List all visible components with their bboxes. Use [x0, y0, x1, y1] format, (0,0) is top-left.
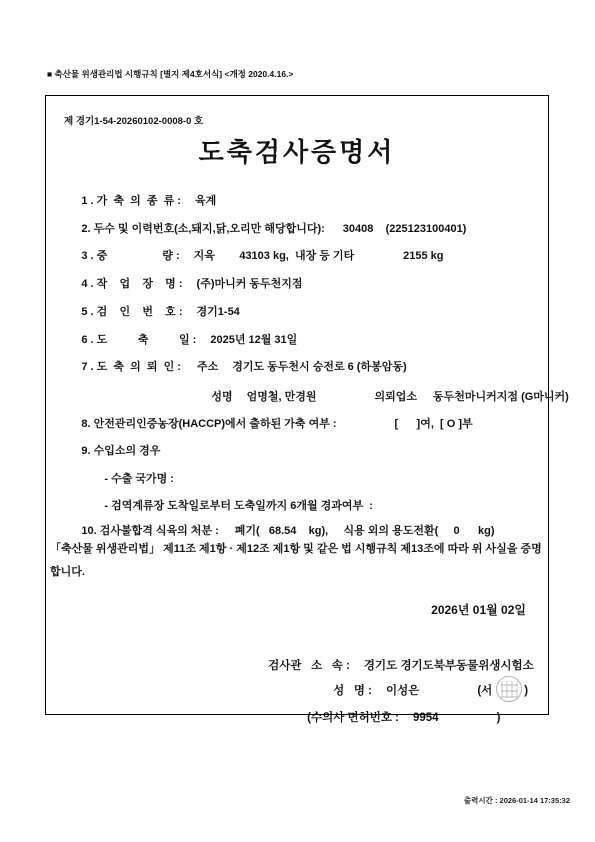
license-close-paren: ) — [497, 712, 501, 724]
address-label: 주소 — [197, 361, 218, 373]
print-timestamp: 출력시간 : 2026-01-14 17:35:32 — [464, 795, 570, 806]
license-label: (수의사 면허번호 : — [307, 712, 399, 724]
veterinarian-license: (수의사 면허번호 :9954) — [288, 697, 500, 737]
certificate-number: 제 경기1-54-20260102-0008-0 호 — [64, 113, 203, 127]
regulation-note: ■ 축산물 위생관리법 시행규칙 [별지 제4호서식] <개정 2020.4.1… — [47, 68, 293, 80]
item-label: 8. 안전관리인증농장(HACCP)에서 출하된 가축 여부 : — [81, 418, 336, 430]
name-value: 엄명철, 만경원 — [247, 391, 317, 403]
client-label: 의뢰업소 — [374, 391, 417, 403]
item-label: 6 . 도 축 일 : — [81, 334, 196, 346]
item-label: 7 . 도 축 의 뢰 인 : — [81, 361, 181, 373]
item-label: 9. 수입소의 경우 — [81, 445, 160, 457]
item-value: 2025년 12월 31일 — [210, 334, 297, 346]
inspector-name-value: 이성은 — [386, 685, 419, 697]
address-value: 경기도 동두천시 승전로 6 (하봉암동) — [232, 361, 406, 373]
item-label: 4 . 작 업 장 명 : — [81, 278, 182, 290]
issue-date: 2026년 01월 02일 — [431, 601, 526, 618]
page-title: 도축검사증명서 — [46, 132, 548, 169]
sub-item-label: - 수출 국가명 : — [104, 473, 174, 485]
inspector-name-label: 성 명 : — [333, 685, 372, 697]
sign-open-paren: (서 — [477, 685, 492, 697]
item-value: 폐기( 68.54 kg), 식용 외의 용도전환( 0 kg) — [235, 525, 495, 537]
item-label: 3 . 중 량 : — [81, 250, 179, 262]
item-value: 지육 43103 kg, 내장 등 기타 2155 kg — [194, 250, 444, 262]
license-value: 9954 — [413, 712, 439, 724]
item-label: 5 . 검 인 번 호 : — [81, 306, 182, 318]
sign-close-paren: ) — [524, 685, 528, 697]
item-value: (주)마니커 동두천지점 — [197, 278, 303, 290]
name-label: 성명 — [211, 391, 232, 403]
legal-statement: 「축산물 위생관리법」 제11조 제1항 · 제12조 제1항 및 같은 법 시… — [50, 538, 542, 584]
item-value: 30408 (225123100401) — [343, 223, 467, 235]
client-value: 동두천마니커지점 (G마니커) — [433, 391, 569, 403]
certificate-page: ■ 축산물 위생관리법 시행규칙 [별지 제4호서식] <개정 2020.4.1… — [0, 0, 595, 842]
haccp-checkboxes: [ ]여, [ O ]부 — [395, 418, 473, 430]
item-value: 육계 — [195, 195, 216, 207]
certificate-frame: 제 경기1-54-20260102-0008-0 호 도축검사증명서 1 . 가… — [45, 95, 549, 715]
item-label: 2. 두수 및 이력번호(소,돼지,닭,오리만 해당합니다): — [81, 223, 324, 235]
item-value: 경기1-54 — [197, 306, 240, 318]
item-label: 10. 검사불합격 식육의 처분 : — [81, 525, 218, 537]
item-label: 1 . 가 축 의 종 류 : — [81, 195, 181, 207]
